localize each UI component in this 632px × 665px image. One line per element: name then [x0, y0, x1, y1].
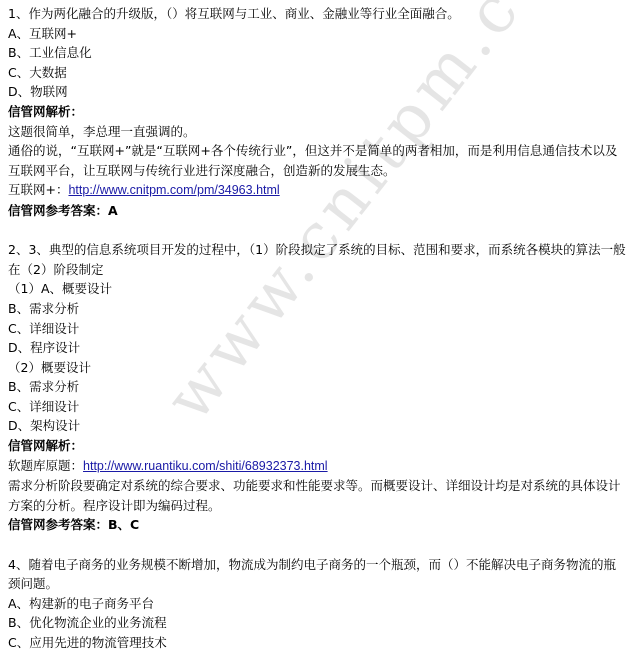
answer: 信管网参考答案：A [8, 201, 628, 221]
option-b: B、优化物流企业的业务流程 [8, 613, 628, 633]
option-1-a: （1）A、概要设计 [8, 279, 628, 299]
question-stem: 2、3、典型的信息系统项目开发的过程中，（1）阶段拟定了系统的目标、范围和要求，… [8, 240, 628, 279]
option-2-d: D、架构设计 [8, 416, 628, 436]
answer: 信管网参考答案：B、C [8, 515, 628, 535]
option-d: D、物联网 [8, 82, 628, 102]
option-c: C、应用先进的物流管理技术 [8, 633, 628, 653]
analysis-label: 信管网解析： [8, 436, 628, 456]
analysis-label: 信管网解析： [8, 102, 628, 122]
question-2-3: 2、3、典型的信息系统项目开发的过程中，（1）阶段拟定了系统的目标、范围和要求，… [8, 240, 628, 535]
option-1-b: B、需求分析 [8, 299, 628, 319]
option-2-c: C、详细设计 [8, 397, 628, 417]
option-2-b: B、需求分析 [8, 377, 628, 397]
option-1-c: C、详细设计 [8, 319, 628, 339]
analysis-text: 这题很简单，李总理一直强调的。 [8, 122, 628, 142]
reference-link[interactable]: http://www.cnitpm.com/pm/34963.html [68, 183, 279, 197]
link-prefix: 互联网+： [8, 182, 68, 197]
option-a: A、互联网+ [8, 24, 628, 44]
reference-link-row: 软题库原题：http://www.ruantiku.com/shiti/6893… [8, 456, 628, 477]
link-prefix: 软题库原题： [8, 458, 83, 473]
analysis-text: 通俗的说，“互联网+”就是“互联网+各个传统行业”，但这并不是简单的两者相加，而… [8, 141, 628, 180]
question-1: 1、作为两化融合的升级版，（）将互联网与工业、商业、金融业等行业全面融合。 A、… [8, 4, 628, 221]
question-stem: 4、随着电子商务的业务规模不断增加，物流成为制约电子商务的一个瓶颈，而（）不能解… [8, 555, 628, 594]
reference-link[interactable]: http://www.ruantiku.com/shiti/68932373.h… [83, 459, 328, 473]
option-1-d: D、程序设计 [8, 338, 628, 358]
question-4: 4、随着电子商务的业务规模不断增加，物流成为制约电子商务的一个瓶颈，而（）不能解… [8, 555, 628, 653]
analysis-text: 需求分析阶段要确定对系统的综合要求、功能要求和性能要求等。而概要设计、详细设计均… [8, 476, 628, 515]
option-c: C、大数据 [8, 63, 628, 83]
reference-link-row: 互联网+：http://www.cnitpm.com/pm/34963.html [8, 180, 628, 201]
question-stem: 1、作为两化融合的升级版，（）将互联网与工业、商业、金融业等行业全面融合。 [8, 4, 628, 24]
option-2-a: （2）概要设计 [8, 358, 628, 378]
option-a: A、构建新的电子商务平台 [8, 594, 628, 614]
document-body: 1、作为两化融合的升级版，（）将互联网与工业、商业、金融业等行业全面融合。 A、… [8, 4, 628, 653]
option-b: B、工业信息化 [8, 43, 628, 63]
